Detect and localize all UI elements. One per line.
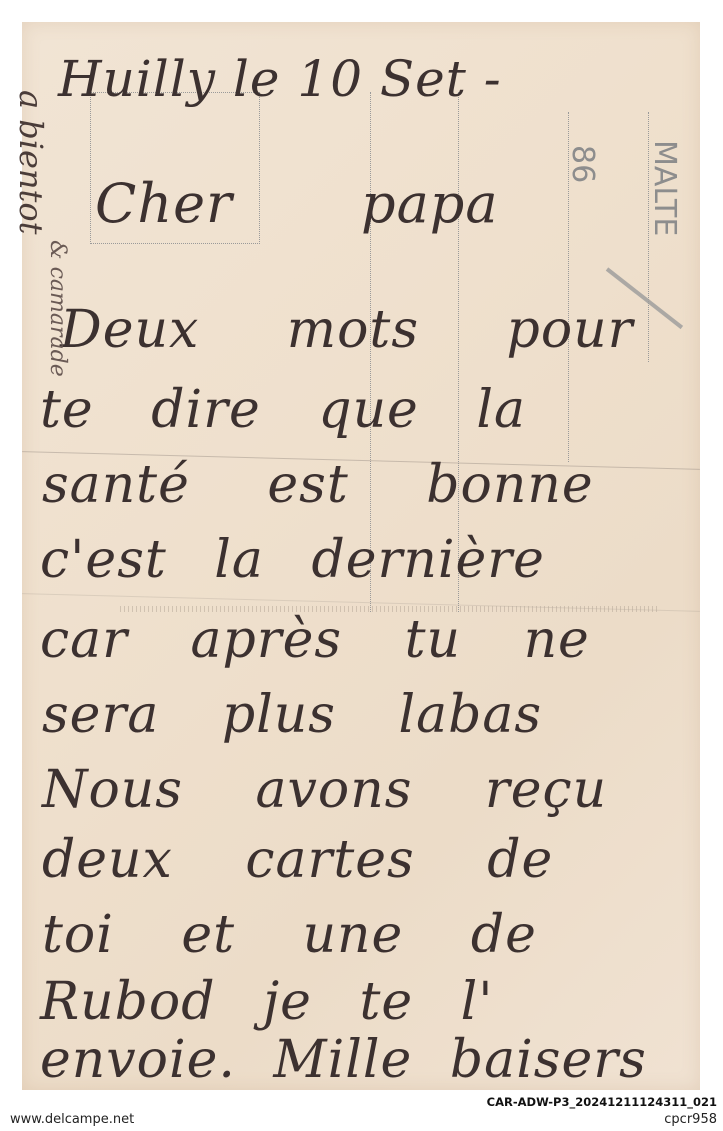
salutation: Cher papa bbox=[95, 172, 499, 235]
seller-id: cpcr958 bbox=[664, 1112, 717, 1127]
pencil-annotation-malte: MALTE bbox=[647, 140, 682, 236]
reference-code: CAR-ADW-P3_20241211124311_021 bbox=[487, 1095, 717, 1109]
margin-note-camarade: & camarade bbox=[45, 240, 70, 377]
header-line: Huilly le 10 Set - bbox=[58, 50, 502, 108]
body-line: te dire que la bbox=[40, 380, 526, 440]
body-line: Nous avons reçu bbox=[42, 760, 607, 820]
body-line: toi et une de bbox=[42, 905, 537, 965]
body-line: envoie. Mille baisers bbox=[40, 1030, 647, 1090]
body-line: Deux mots pour bbox=[60, 300, 633, 360]
body-line: santé est bonne bbox=[42, 455, 594, 515]
body-line: c'est la dernière bbox=[40, 530, 545, 590]
body-line: sera plus labas bbox=[42, 685, 542, 745]
body-line: Rubod je te l' bbox=[40, 972, 494, 1032]
body-line: deux cartes de bbox=[42, 830, 553, 890]
margin-note-a-bientot: a bientot bbox=[12, 90, 50, 235]
body-line: car après tu ne bbox=[40, 610, 590, 670]
pencil-annotation-number: 86 bbox=[565, 145, 600, 183]
website-watermark: www.delcampe.net bbox=[10, 1112, 134, 1127]
